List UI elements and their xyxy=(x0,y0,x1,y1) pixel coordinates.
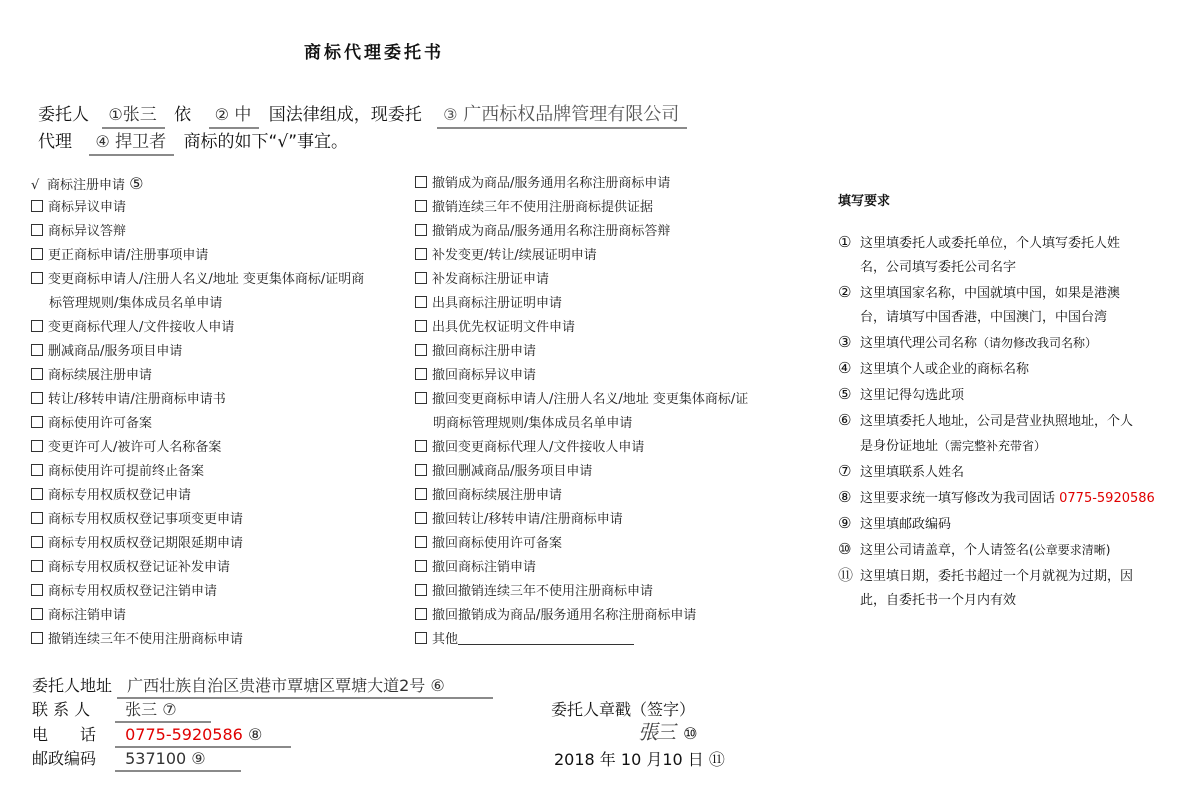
other-input[interactable] xyxy=(458,630,634,645)
requirement-item: ⑦这里填联系人姓名 xyxy=(838,459,1155,485)
requirement-item: ⑤这里记得勾选此项 xyxy=(838,382,1155,408)
label-suffix: 商标的如下“√”事宜。 xyxy=(184,132,348,152)
marker-3: ③ xyxy=(443,105,457,124)
requirement-item: ①这里填委托人或委托单位，个人填写委托人姓 xyxy=(838,230,1155,256)
check-icon[interactable]: √ xyxy=(31,174,43,198)
checkbox-icon[interactable] xyxy=(415,464,427,476)
checkbox-icon[interactable] xyxy=(31,248,43,260)
list-item[interactable]: 商标异议申请 xyxy=(31,196,364,220)
marker-11: ⑪ xyxy=(709,750,725,769)
list-item[interactable]: 撤回商标注销申请 xyxy=(415,556,748,580)
list-item[interactable]: 撤回转让/移转申请/注册商标申请 xyxy=(415,508,748,532)
requirement-continuation: 名，公司填写委托公司名字 xyxy=(838,256,1155,280)
requirement-item: ⑪这里填日期，委托书超过一个月就视为过期，因 xyxy=(838,563,1155,589)
list-item[interactable]: 撤回商标注册申请 xyxy=(415,340,748,364)
intro-line-1: 委托人 ①张三 依 ② 中 国法律组成，现委托 ③ 广西标权品牌管理有限公司 xyxy=(38,100,687,129)
list-item[interactable]: 出具优先权证明文件申请 xyxy=(415,316,748,340)
checkbox-icon[interactable] xyxy=(415,584,427,596)
checkbox-icon[interactable] xyxy=(415,440,427,452)
postcode-label: 邮政编码 xyxy=(32,746,110,769)
list-item[interactable]: 商标专用权质权登记事项变更申请 xyxy=(31,508,364,532)
contact-field[interactable]: 张三 ⑦ xyxy=(115,699,211,723)
marker-7: ⑦ xyxy=(162,700,176,719)
checkbox-icon[interactable] xyxy=(31,584,43,596)
matters-list-left: √商标注册申请 ⑤ 商标异议申请 商标异议答辩 更正商标申请/注册事项申请 变更… xyxy=(31,172,364,652)
trademark-name-value: 捍卫者 xyxy=(115,132,166,152)
requirement-item: ⑨这里填邮政编码 xyxy=(838,511,1155,537)
requirement-item: ④这里填个人或企业的商标名称 xyxy=(838,356,1155,382)
list-item[interactable]: 商标使用许可备案 xyxy=(31,412,364,436)
list-item-continuation: 标管理规则/集体成员名单申请 xyxy=(31,292,364,316)
requirements-heading: 填写要求 xyxy=(838,190,1155,214)
list-item[interactable]: 删减商品/服务项目申请 xyxy=(31,340,364,364)
checkbox-icon[interactable] xyxy=(31,200,43,212)
list-item[interactable]: 变更商标申请人/注册人名义/地址 变更集体商标/证明商 xyxy=(31,268,364,292)
list-item[interactable]: 商标专用权质权登记期限延期申请 xyxy=(31,532,364,556)
requirements-panel: 填写要求 ①这里填委托人或委托单位，个人填写委托人姓 名，公司填写委托公司名字 … xyxy=(838,190,1155,613)
checkbox-icon[interactable] xyxy=(415,560,427,572)
checkbox-icon[interactable] xyxy=(415,512,427,524)
checkbox-icon[interactable] xyxy=(415,224,427,236)
agent-name-value: 广西标权品牌管理有限公司 xyxy=(463,104,679,125)
list-item[interactable]: 补发商标注册证申请 xyxy=(415,268,748,292)
requirement-continuation: 台，请填写中国香港，中国澳门，中国台湾 xyxy=(838,306,1155,330)
checkbox-icon[interactable] xyxy=(415,176,427,188)
list-item[interactable]: 撤回商标续展注册申请 xyxy=(415,484,748,508)
requirement-continuation: 此，自委托书一个月内有效 xyxy=(838,589,1155,613)
checkbox-icon[interactable] xyxy=(31,560,43,572)
checkbox-icon[interactable] xyxy=(31,440,43,452)
agent-name-field[interactable]: ③ 广西标权品牌管理有限公司 xyxy=(437,104,687,129)
label-agency: 代理 xyxy=(38,132,72,152)
marker-1: ① xyxy=(108,105,122,124)
marker-8: ⑧ xyxy=(248,725,262,744)
checkbox-icon[interactable] xyxy=(31,632,43,644)
marker-5: ⑤ xyxy=(129,174,143,193)
list-item[interactable]: 商标注销申请 xyxy=(31,604,364,628)
list-item[interactable]: 商标专用权质权登记注销申请 xyxy=(31,580,364,604)
phone-row: 电 话 0775-5920586 ⑧ xyxy=(32,722,291,748)
label-law: 国法律组成，现委托 xyxy=(269,105,422,125)
checkbox-icon[interactable] xyxy=(415,200,427,212)
checkbox-icon[interactable] xyxy=(31,488,43,500)
address-field[interactable]: 广西壮族自治区贵港市覃塘区覃塘大道2号 ⑥ xyxy=(117,675,493,699)
list-item[interactable]: 商标使用许可提前终止备案 xyxy=(31,460,364,484)
label-client: 委托人 xyxy=(38,105,89,125)
checkbox-icon[interactable] xyxy=(31,464,43,476)
checkbox-icon[interactable] xyxy=(31,392,43,404)
list-item[interactable]: 更正商标申请/注册事项申请 xyxy=(31,244,364,268)
checkbox-icon[interactable] xyxy=(31,344,43,356)
marker-2: ② xyxy=(215,105,229,124)
list-item[interactable]: √商标注册申请 ⑤ xyxy=(31,172,364,196)
list-item-other[interactable]: 其他 xyxy=(415,628,748,652)
list-item[interactable]: 撤销连续三年不使用注册商标申请 xyxy=(31,628,364,652)
client-name-value: 张三 xyxy=(123,105,157,125)
signature-area[interactable]: 張三 ⑩ xyxy=(638,716,697,745)
checkbox-icon[interactable] xyxy=(415,320,427,332)
list-item[interactable]: 撤销连续三年不使用注册商标提供证据 xyxy=(415,196,748,220)
list-item[interactable]: 撤回变更商标申请人/注册人名义/地址 变更集体商标/证 xyxy=(415,388,748,412)
requirement-item: ②这里填国家名称，中国就填中国，如果是港澳 xyxy=(838,280,1155,306)
country-field[interactable]: ② 中 xyxy=(209,104,260,129)
list-item[interactable]: 补发变更/转让/续展证明申请 xyxy=(415,244,748,268)
country-value: 中 xyxy=(234,105,251,125)
list-item[interactable]: 转让/移转申请/注册商标申请书 xyxy=(31,388,364,412)
list-item[interactable]: 撤回商标异议申请 xyxy=(415,364,748,388)
requirement-item: ⑧这里要求统一填写修改为我司固话 0775-5920586 xyxy=(838,485,1155,511)
checkbox-icon[interactable] xyxy=(415,392,427,404)
list-item[interactable]: 撤回撤销成为商品/服务通用名称注册商标申请 xyxy=(415,604,748,628)
checkbox-icon[interactable] xyxy=(415,536,427,548)
checkbox-icon[interactable] xyxy=(31,608,43,620)
list-item[interactable]: 变更商标代理人/文件接收人申请 xyxy=(31,316,364,340)
contact-label: 联 系 人 xyxy=(32,697,110,720)
marker-6: ⑥ xyxy=(430,676,444,695)
intro-line-2: 代理 ④ 捍卫者 商标的如下“√”事宜。 xyxy=(38,127,348,156)
requirement-item: ③这里填代理公司名称（请勿修改我司名称） xyxy=(838,330,1155,356)
trademark-name-field[interactable]: ④ 捍卫者 xyxy=(89,131,174,156)
checkbox-icon[interactable] xyxy=(415,248,427,260)
signature: 張三 xyxy=(638,720,674,744)
checkbox-icon[interactable] xyxy=(415,296,427,308)
checkbox-icon[interactable] xyxy=(31,536,43,548)
marker-4: ④ xyxy=(95,132,109,151)
address-row: 委托人地址 广西壮族自治区贵港市覃塘区覃塘大道2号 ⑥ xyxy=(32,673,493,699)
phone-label: 电 话 xyxy=(32,722,110,745)
client-name-field[interactable]: ①张三 xyxy=(102,104,164,129)
checkbox-icon[interactable] xyxy=(415,488,427,500)
checkbox-icon[interactable] xyxy=(415,632,427,644)
checkbox-icon[interactable] xyxy=(415,344,427,356)
list-item[interactable]: 商标异议答辩 xyxy=(31,220,364,244)
list-item[interactable]: 撤回商标使用许可备案 xyxy=(415,532,748,556)
list-item[interactable]: 出具商标注册证明申请 xyxy=(415,292,748,316)
postcode-row: 邮政编码 537100 ⑨ xyxy=(32,746,241,772)
requirement-item: ⑥这里填委托人地址，公司是营业执照地址，个人 xyxy=(838,408,1155,434)
list-item-continuation: 明商标管理规则/集体成员名单申请 xyxy=(415,412,748,436)
checkbox-icon[interactable] xyxy=(31,368,43,380)
checkbox-icon[interactable] xyxy=(31,416,43,428)
date-value: 2018 年 10 月10 日 xyxy=(554,750,704,769)
checkbox-icon[interactable] xyxy=(415,272,427,284)
requirement-item: ⑩这里公司请盖章，个人请签名(公章要求清晰) xyxy=(838,537,1155,563)
date-row[interactable]: 2018 年 10 月10 日 ⑪ xyxy=(554,747,725,770)
postcode-field[interactable]: 537100 ⑨ xyxy=(115,748,241,772)
checkbox-icon[interactable] xyxy=(31,320,43,332)
checkbox-icon[interactable] xyxy=(415,608,427,620)
list-item[interactable]: 商标专用权质权登记证补发申请 xyxy=(31,556,364,580)
checkbox-icon[interactable] xyxy=(31,272,43,284)
matters-list-right: 撤销成为商品/服务通用名称注册商标申请 撤销连续三年不使用注册商标提供证据 撤销… xyxy=(415,172,748,652)
address-label: 委托人地址 xyxy=(32,676,112,695)
marker-9: ⑨ xyxy=(191,749,205,768)
label-according: 依 xyxy=(174,105,191,125)
list-item[interactable]: 撤销成为商品/服务通用名称注册商标申请 xyxy=(415,172,748,196)
checkbox-icon[interactable] xyxy=(415,368,427,380)
list-item[interactable]: 商标续展注册申请 xyxy=(31,364,364,388)
list-item[interactable]: 变更许可人/被许可人名称备案 xyxy=(31,436,364,460)
contact-row: 联 系 人 张三 ⑦ xyxy=(32,697,211,723)
list-item[interactable]: 撤销成为商品/服务通用名称注册商标答辩 xyxy=(415,220,748,244)
list-item[interactable]: 商标专用权质权登记申请 xyxy=(31,484,364,508)
list-item[interactable]: 撤回删减商品/服务项目申请 xyxy=(415,460,748,484)
list-item[interactable]: 撤回撤销连续三年不使用注册商标申请 xyxy=(415,580,748,604)
requirement-continuation: 是身份证地址（需完整补充带省） xyxy=(838,434,1155,459)
list-item[interactable]: 撤回变更商标代理人/文件接收人申请 xyxy=(415,436,748,460)
phone-highlight: 0775-5920586 xyxy=(1059,491,1155,506)
marker-10: ⑩ xyxy=(683,724,697,743)
phone-field[interactable]: 0775-5920586 ⑧ xyxy=(115,724,291,748)
document-title: 商标代理委托书 xyxy=(304,38,444,63)
checkbox-icon[interactable] xyxy=(31,512,43,524)
checkbox-icon[interactable] xyxy=(31,224,43,236)
